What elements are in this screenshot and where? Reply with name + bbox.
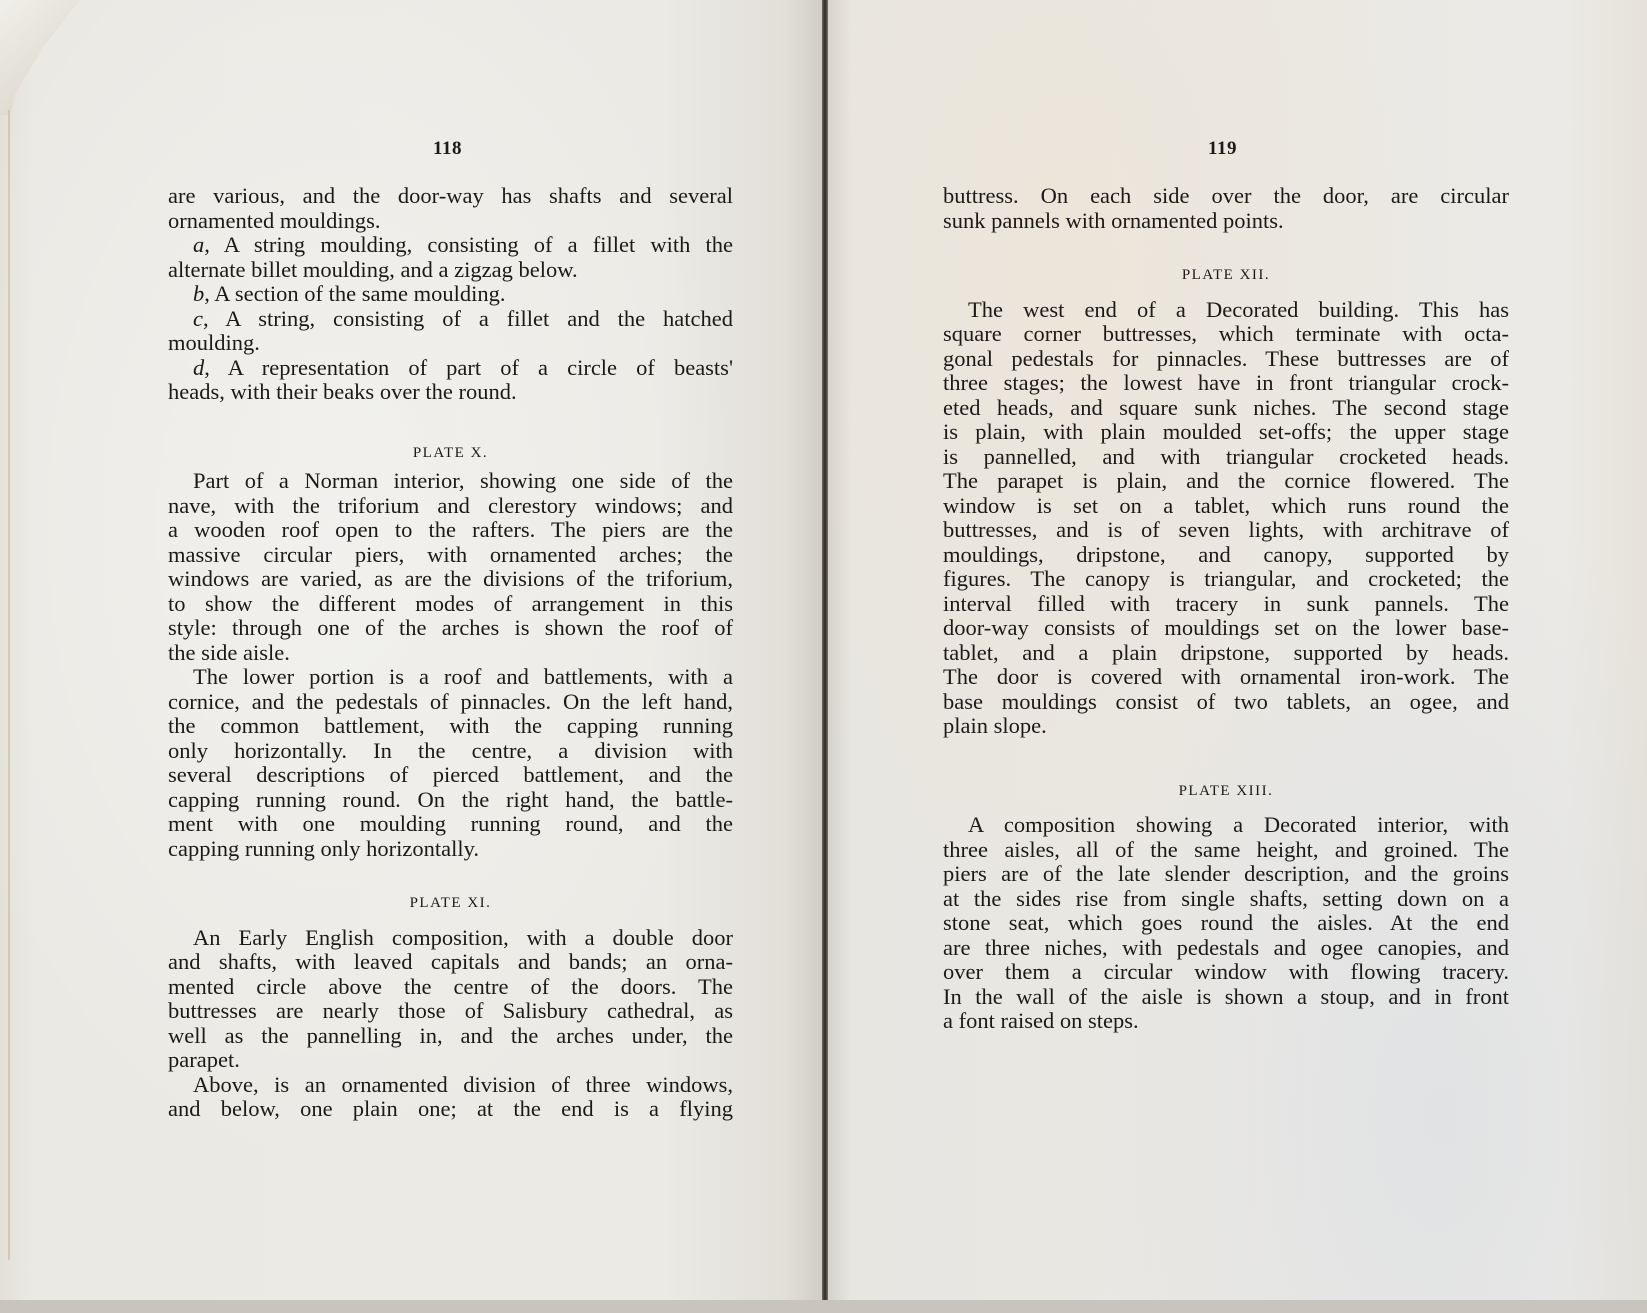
text-line: figures. The canopy is triangular, and c… [943,567,1509,592]
text-line: ment with one moulding running round, an… [168,812,733,837]
spacer [943,739,1509,779]
text-line: door-way consists of mouldings set on th… [943,616,1509,641]
legend-letter: b [193,281,204,306]
page-bottom-edge [0,1300,1647,1313]
book-spine-gutter [822,0,828,1313]
text-line: alternate billet moulding, and a zigzag … [168,258,733,283]
text-line: gonal pedestals for pinnacles. These but… [943,347,1509,372]
text-line: buttresses are nearly those of Salisbury… [168,999,733,1024]
text-line: three stages; the lowest have in front t… [943,371,1509,396]
text-line: and shafts, with leaved capitals and ban… [168,950,733,975]
text-line: piers are of the late slender descriptio… [943,862,1509,887]
book-spread: 118 are various, and the door-way has sh… [0,0,1647,1313]
text-line: heads, with their beaks over the round. [168,380,733,405]
plate-heading: PLATE XI. [168,891,733,916]
text-line: at the sides rise from single shafts, se… [943,887,1509,912]
text-line: interval filled with tracery in sunk pan… [943,592,1509,617]
text-line: plain slope. [943,714,1509,739]
text-line: ornamented mouldings. [168,209,733,234]
text-line: The lower portion is a roof and battleme… [168,665,733,690]
text-line: buttress. On each side over the door, ar… [943,184,1509,209]
legend-letter: c [193,306,203,331]
spacer [943,288,1509,298]
text-line: to show the different modes of arrangeme… [168,592,733,617]
text-line: parapet. [168,1048,733,1073]
text-line: well as the pannelling in, and the arche… [168,1024,733,1049]
legend-text: , A representation of part of a circle o… [204,355,733,380]
left-text-block: are various, and the door-way has shafts… [168,184,733,1122]
text-line: a font raised on steps. [943,1009,1509,1034]
text-line: are three niches, with pedestals and oge… [943,936,1509,961]
plate-heading: PLATE XIII. [943,779,1509,804]
legend-item-c: c, A string, consisting of a fillet and … [168,307,733,332]
page-number: 119 [1208,138,1237,160]
legend-letter: a [193,232,204,257]
spacer [168,861,733,891]
text-line: Above, is an ornamented division of thre… [168,1073,733,1098]
spacer [168,405,733,441]
text-line: The door is covered with ornamental iron… [943,665,1509,690]
text-line: The parapet is plain, and the cornice fl… [943,469,1509,494]
text-line: An Early English composition, with a dou… [168,926,733,951]
text-line: sunk pannels with ornamented points. [943,209,1509,234]
legend-text: , A string, consisting of a fillet and t… [203,306,733,331]
text-line: A composition showing a Decorated interi… [943,813,1509,838]
text-line: moulding. [168,331,733,356]
right-text-block: buttress. On each side over the door, ar… [943,184,1509,1034]
text-line: only horizontally. In the centre, a divi… [168,739,733,764]
folded-corner [0,0,80,115]
text-line: cornice, and the pedestals of pinnacles.… [168,690,733,715]
legend-text: , A string moulding, consisting of a fil… [204,232,733,257]
text-line: is pannelled, and with triangular crocke… [943,445,1509,470]
text-line: several descriptions of pierced battleme… [168,763,733,788]
text-line: over them a circular window with flowing… [943,960,1509,985]
text-line: square corner buttresses, which terminat… [943,322,1509,347]
text-line: capping running only horizontally. [168,837,733,862]
text-line: a wooden roof open to the rafters. The p… [168,518,733,543]
text-line: style: through one of the arches is show… [168,616,733,641]
text-line: mouldings, dripstone, and canopy, suppor… [943,543,1509,568]
legend-item-d: d, A representation of part of a circle … [168,356,733,381]
text-line: are various, and the door-way has shafts… [168,184,733,209]
text-line: window is set on a tablet, which runs ro… [943,494,1509,519]
text-line: nave, with the triforium and clerestory … [168,494,733,519]
legend-letter: d [193,355,204,380]
text-line: three aisles, all of the same height, an… [943,838,1509,863]
spacer [943,233,1509,263]
text-line: base mouldings consist of two tablets, a… [943,690,1509,715]
text-line: the common battlement, with the capping … [168,714,733,739]
page-number: 118 [433,138,462,160]
text-line: and below, one plain one; at the end is … [168,1097,733,1122]
text-line: mented circle above the centre of the do… [168,975,733,1000]
text-line: Part of a Norman interior, showing one s… [168,469,733,494]
plate-heading: PLATE XII. [943,263,1509,288]
legend-item-b: b, A section of the same moulding. [168,282,733,307]
page-edge [8,110,10,1260]
legend-text: , A section of the same moulding. [204,281,505,306]
text-line: stone seat, which goes round the aisles.… [943,911,1509,936]
plate-heading: PLATE X. [168,441,733,466]
text-line: tablet, and a plain dripstone, supported… [943,641,1509,666]
spacer [168,916,733,926]
text-line: In the wall of the aisle is shown a stou… [943,985,1509,1010]
text-line: massive circular piers, with ornamented … [168,543,733,568]
text-line: the side aisle. [168,641,733,666]
text-line: is plain, with plain moulded set-offs; t… [943,420,1509,445]
text-line: capping running round. On the right hand… [168,788,733,813]
text-line: windows are varied, as are the divisions… [168,567,733,592]
text-line: The west end of a Decorated building. Th… [943,298,1509,323]
text-line: buttresses, and is of seven lights, with… [943,518,1509,543]
legend-item-a: a, A string moulding, consisting of a fi… [168,233,733,258]
text-line: eted heads, and square sunk niches. The … [943,396,1509,421]
left-page: 118 are various, and the door-way has sh… [0,0,826,1313]
